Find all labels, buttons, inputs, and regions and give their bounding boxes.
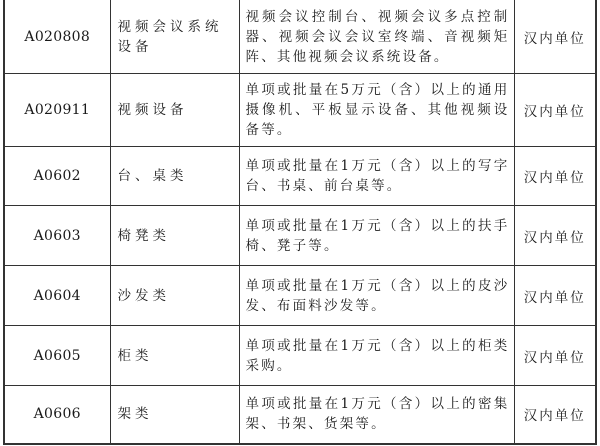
item-description: 视频会议控制台、视频会议多点控制器、视频会议会议室终端、音视频矩阵、其他视频会议… <box>239 0 514 74</box>
item-unit: 汉内单位 <box>514 386 596 444</box>
item-unit: 汉内单位 <box>514 266 596 326</box>
item-description: 单项或批量在1万元（含）以上的柜类采购。 <box>239 326 514 386</box>
item-name: 视频设备 <box>110 74 239 147</box>
table-row: A020911 视频设备 单项或批量在5万元（含）以上的通用摄像机、平板显示设备… <box>4 74 596 147</box>
item-description: 单项或批量在1万元（含）以上的密集架、书架、货架等。 <box>239 386 514 444</box>
item-name: 台、桌类 <box>110 147 239 206</box>
item-unit: 汉内单位 <box>514 326 596 386</box>
item-code: A020911 <box>4 74 110 147</box>
item-code: A0603 <box>4 206 110 266</box>
item-name: 视频会议系统设备 <box>110 0 239 74</box>
table-row: A0604 沙发类 单项或批量在1万元（含）以上的皮沙发、布面料沙发等。 汉内单… <box>4 266 596 326</box>
item-name: 椅凳类 <box>110 206 239 266</box>
table-row: A0602 台、桌类 单项或批量在1万元（含）以上的写字台、书桌、前台桌等。 汉… <box>4 147 596 206</box>
procurement-catalog-table: A020808 视频会议系统设备 视频会议控制台、视频会议多点控制器、视频会议会… <box>3 0 595 445</box>
item-description: 单项或批量在5万元（含）以上的通用摄像机、平板显示设备、其他视频设备等。 <box>239 74 514 147</box>
item-code: A0602 <box>4 147 110 206</box>
item-unit: 汉内单位 <box>514 74 596 147</box>
item-code: A0605 <box>4 326 110 386</box>
item-code: A0606 <box>4 386 110 444</box>
table-row: A0605 柜类 单项或批量在1万元（含）以上的柜类采购。 汉内单位 <box>4 326 596 386</box>
item-description: 单项或批量在1万元（含）以上的写字台、书桌、前台桌等。 <box>239 147 514 206</box>
table-row: A0606 架类 单项或批量在1万元（含）以上的密集架、书架、货架等。 汉内单位 <box>4 386 596 444</box>
item-name: 架类 <box>110 386 239 444</box>
item-unit: 汉内单位 <box>514 206 596 266</box>
item-name: 柜类 <box>110 326 239 386</box>
catalog-table: A020808 视频会议系统设备 视频会议控制台、视频会议多点控制器、视频会议会… <box>3 0 597 445</box>
item-unit: 汉内单位 <box>514 147 596 206</box>
item-description: 单项或批量在1万元（含）以上的扶手椅、凳子等。 <box>239 206 514 266</box>
item-code: A020808 <box>4 0 110 74</box>
item-name: 沙发类 <box>110 266 239 326</box>
table-row: A0603 椅凳类 单项或批量在1万元（含）以上的扶手椅、凳子等。 汉内单位 <box>4 206 596 266</box>
item-unit: 汉内单位 <box>514 0 596 74</box>
item-code: A0604 <box>4 266 110 326</box>
table-row: A020808 视频会议系统设备 视频会议控制台、视频会议多点控制器、视频会议会… <box>4 0 596 74</box>
item-description: 单项或批量在1万元（含）以上的皮沙发、布面料沙发等。 <box>239 266 514 326</box>
